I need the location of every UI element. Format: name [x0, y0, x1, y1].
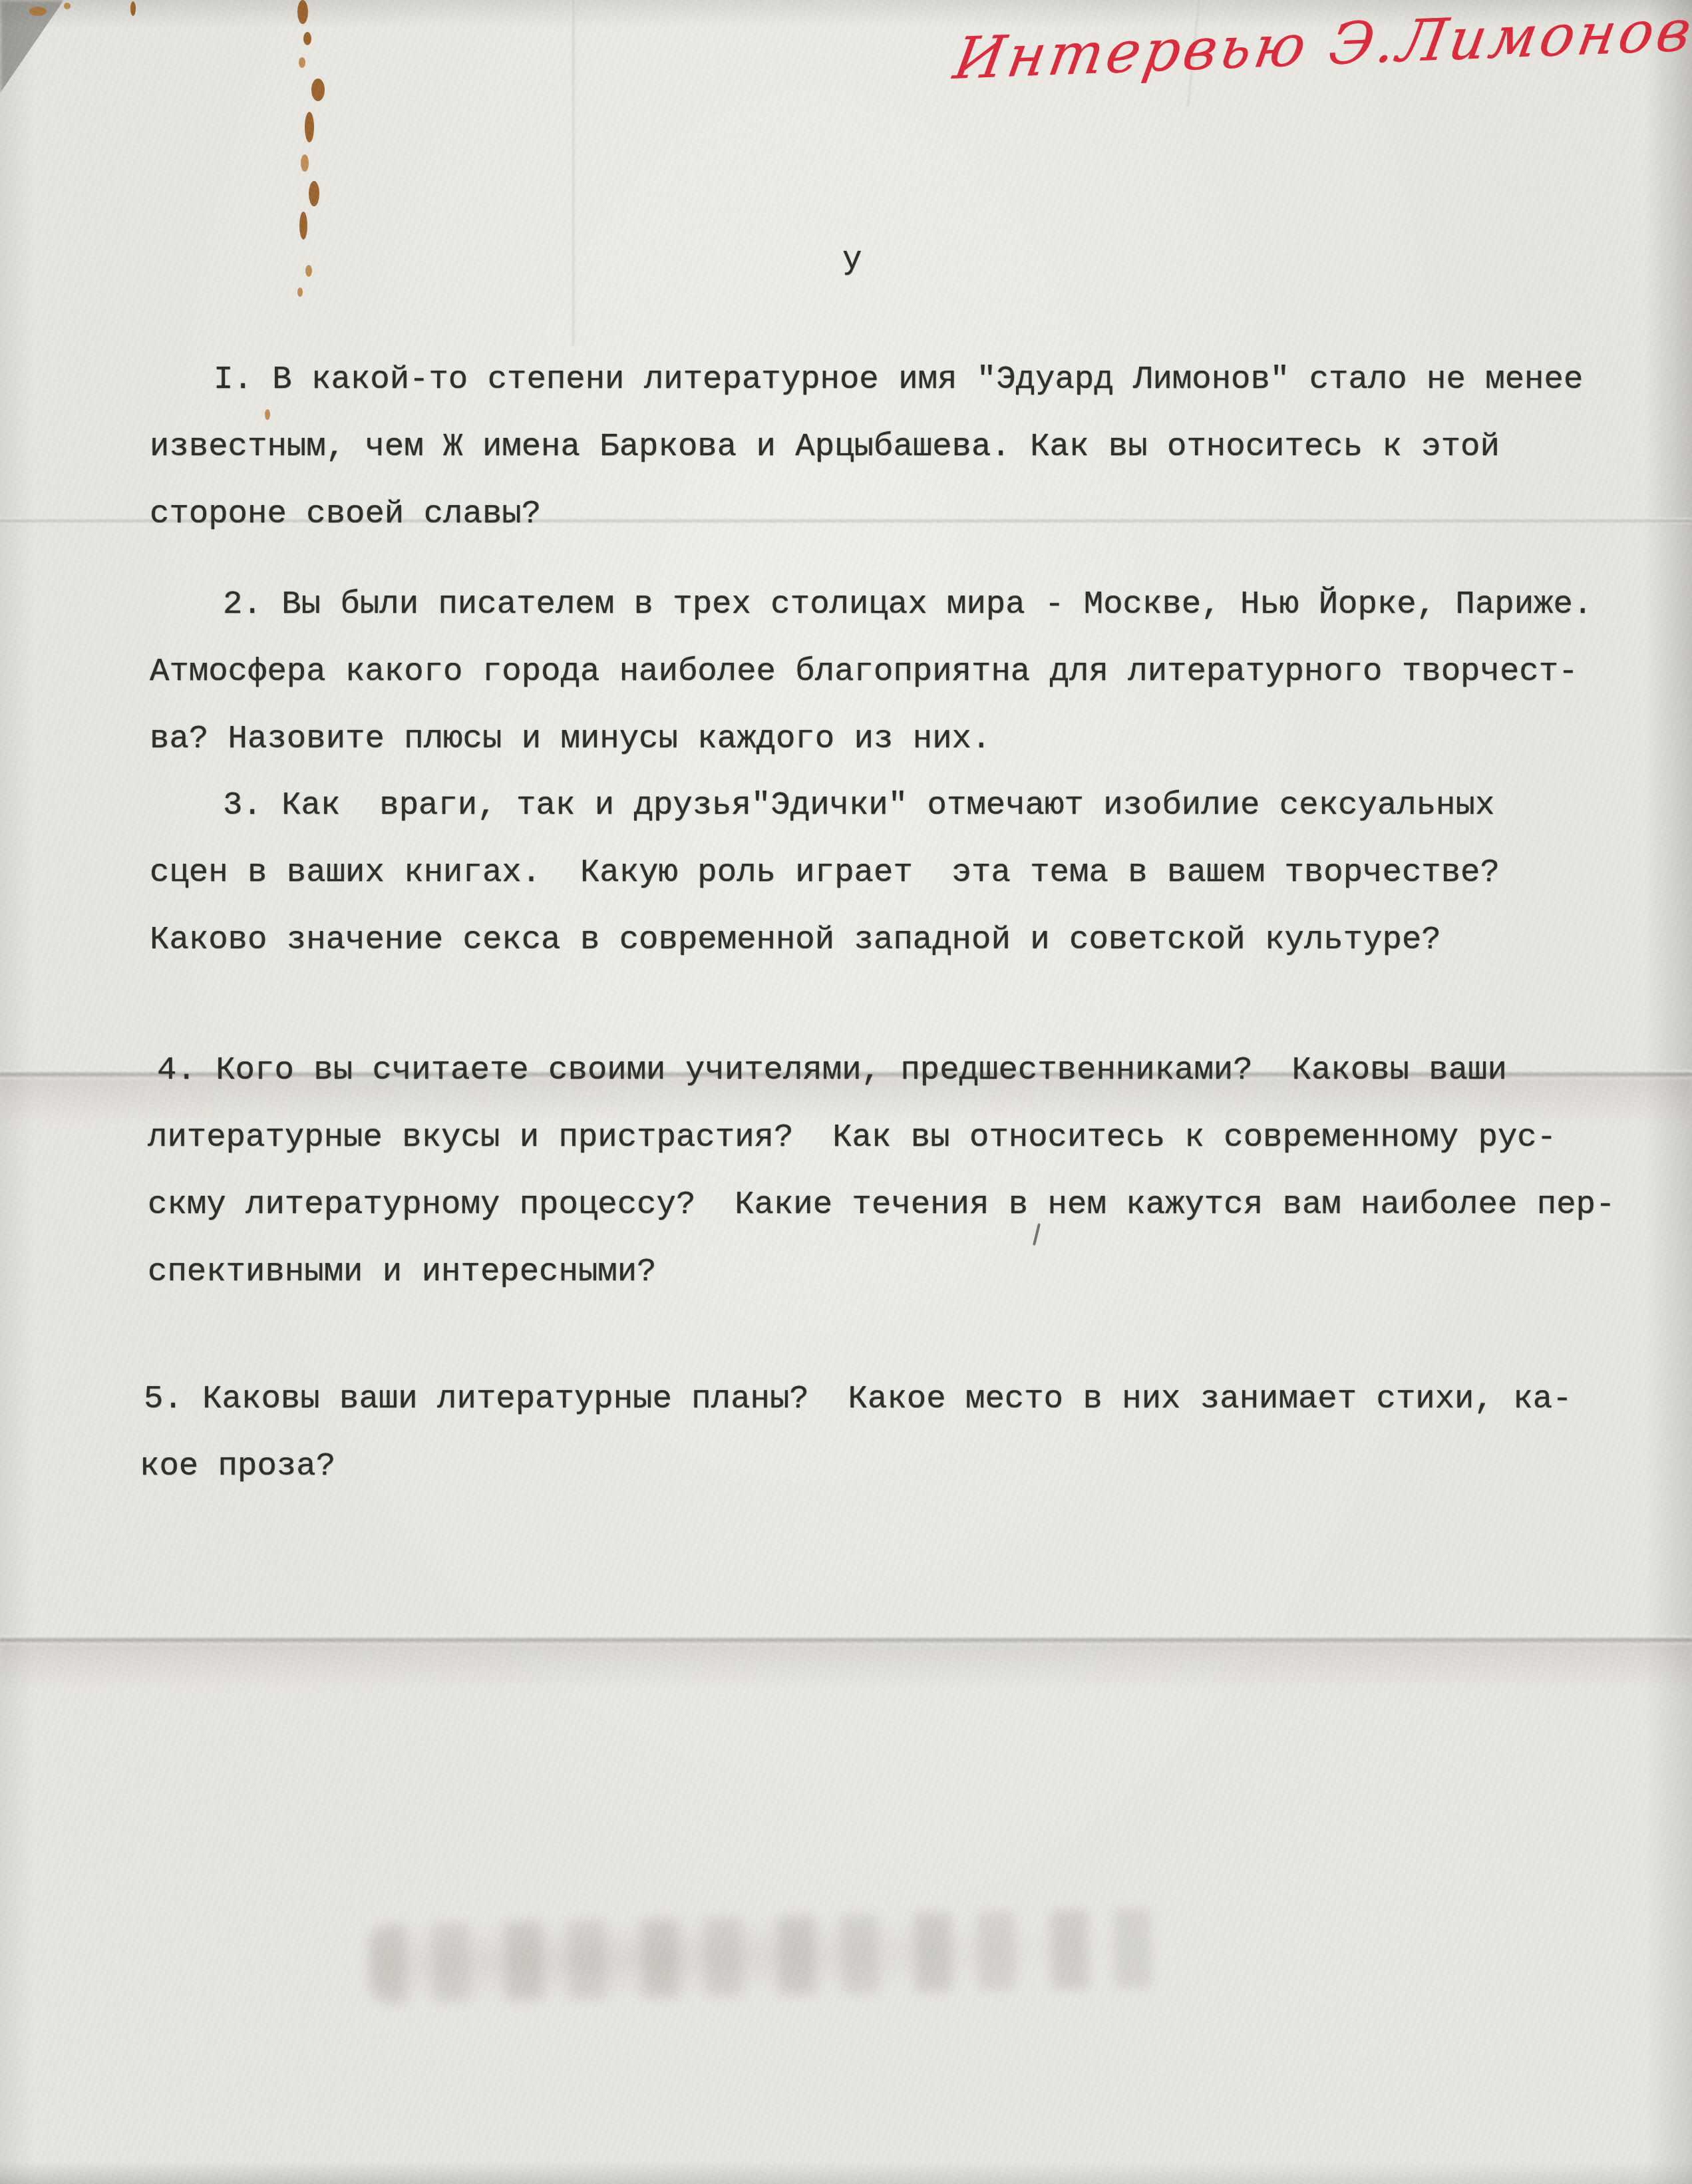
question-2: 2. Вы были писателем в трех столицах мир…: [150, 571, 1653, 773]
rust-stain: [301, 154, 309, 172]
fold-shadow: [0, 1642, 1692, 1689]
crease: [571, 0, 576, 346]
handwritten-annotation: Интервью Э.Лимонова: [949, 0, 1679, 92]
rust-stain: [305, 112, 314, 142]
scanned-paper-page: Интервью Э.Лимонова у I. В какой-то степ…: [0, 0, 1692, 2184]
rust-stain: [309, 181, 319, 206]
rust-stain: [297, 0, 308, 24]
rust-stain: [311, 79, 325, 101]
rust-stain: [297, 287, 303, 297]
ghost-offset-stamp: [369, 1908, 1175, 2003]
rust-stain: [303, 32, 311, 45]
question-4: 4. Кого вы считаете своими учителями, пр…: [148, 1037, 1678, 1306]
rust-stain: [305, 265, 312, 277]
typed-page-mark: у: [842, 226, 862, 293]
rust-stain: [130, 1, 136, 16]
question-3: 3. Как враги, так и друзья"Эдички" отмеч…: [150, 772, 1653, 974]
rust-stain: [299, 212, 307, 240]
question-5: 5. Каковы ваши литературные планы? Какое…: [140, 1365, 1670, 1500]
rust-stain: [29, 7, 47, 16]
question-1: I. В какой-то степени литературное имя "…: [150, 346, 1653, 548]
rust-stain: [64, 3, 71, 9]
rust-stain: [299, 57, 305, 68]
